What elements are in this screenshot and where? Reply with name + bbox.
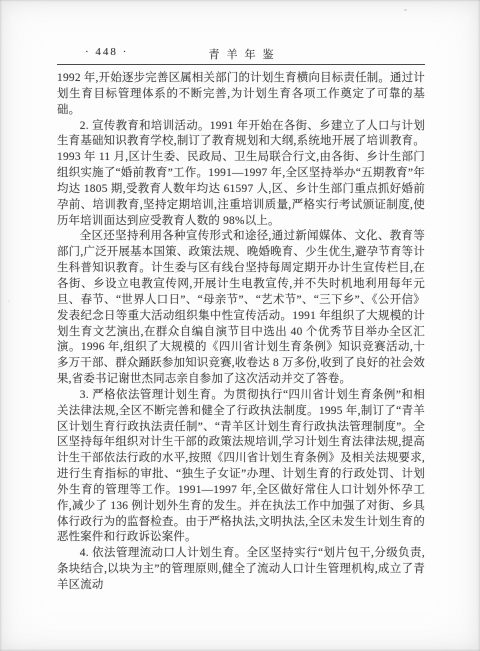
paragraph-continuation: 1992 年,开始逐步完善区属相关部门的计划生育横向目标责任制。通过计划生育目标…	[57, 71, 425, 119]
page-number: · 448 ·	[85, 46, 128, 58]
paragraph-item-3: 3. 严格依法管理计划生育。为贯彻执行“四川省计划生育条例”和相关法律法规,全区…	[57, 388, 425, 546]
header-rule	[57, 64, 425, 65]
scan-speck	[8, 300, 10, 302]
paragraph-item-4: 4. 依法管理流动口人计划生育。全区坚持实行“划片包干,分级负责,条块结合,以块…	[57, 546, 425, 594]
book-title: 青羊年鉴	[202, 46, 281, 62]
paragraph-item-2: 2. 宣传教育和培训活动。1991 年开始在各街、乡建立了人口与计划生育基础知识…	[57, 119, 425, 230]
scan-speck	[404, 9, 407, 11]
page-content: · 448 · 青羊年鉴 1992 年,开始逐步完善区属相关部门的计划生育横向目…	[57, 46, 425, 594]
paragraph-publicity: 全区还坚持利用各种宣传形式和途径,通过新闻媒体、文化、教育等部门,广泛开展基本国…	[57, 229, 425, 387]
page-header: · 448 · 青羊年鉴	[57, 46, 425, 61]
page-body: 1992 年,开始逐步完善区属相关部门的计划生育横向目标责任制。通过计划生育目标…	[57, 71, 425, 594]
scanned-page: · 448 · 青羊年鉴 1992 年,开始逐步完善区属相关部门的计划生育横向目…	[0, 0, 480, 651]
scan-speck	[406, 562, 410, 564]
